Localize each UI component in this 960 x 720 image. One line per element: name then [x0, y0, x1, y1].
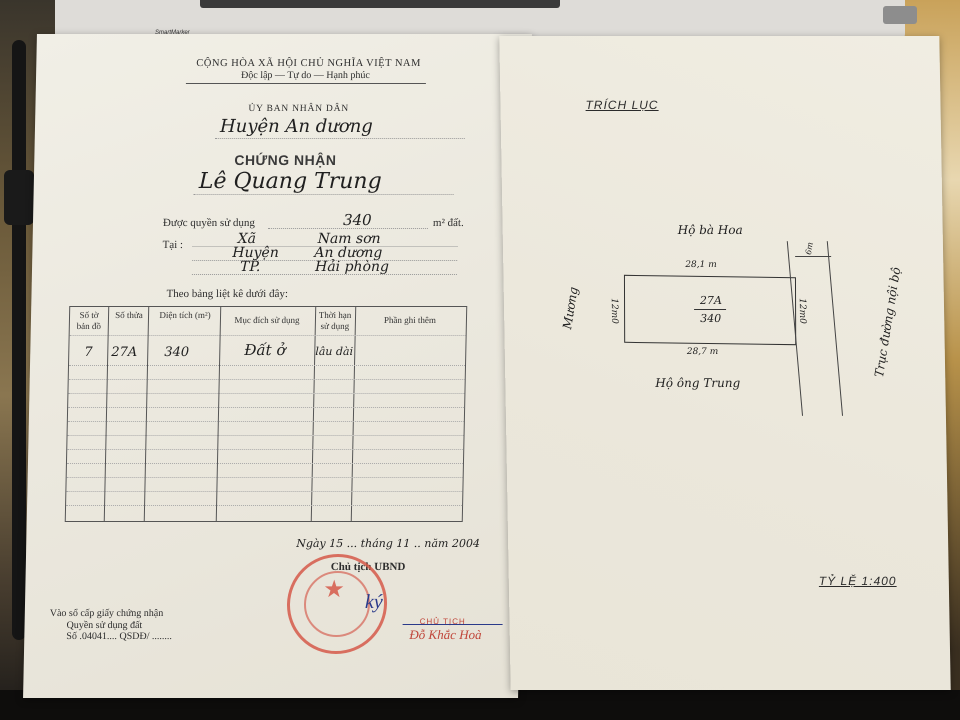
extract-title: TRÍCH LỤC: [585, 98, 658, 112]
motto: Độc lập — Tự do — Hạnh phúc: [241, 70, 370, 81]
row-rule: [68, 421, 464, 422]
registration-number: Số .04041.... QSDĐ/ ........: [66, 631, 172, 642]
cell-term: lâu dài: [315, 345, 353, 358]
row-rule: [68, 435, 464, 436]
holder-rule: [194, 194, 454, 195]
row-rule: [68, 407, 464, 408]
address-city: Hải phòng: [315, 259, 389, 275]
header-rule: [186, 83, 426, 84]
road-width-arrow: [795, 256, 831, 257]
header-notes: Phần ghi thêm: [360, 315, 460, 326]
header-parcel: Số thửa: [112, 310, 146, 321]
parcel-outline: [624, 275, 796, 345]
header-rule: [70, 335, 466, 336]
cell-map-sheet: 7: [84, 345, 93, 360]
scale-label: TỶ LỆ 1:400: [819, 574, 897, 588]
north-neighbor: Hộ bà Hoa: [678, 223, 743, 237]
registration-line-1: Vào sổ cấp giấy chứng nhận: [50, 608, 164, 619]
cell-parcel: 27A: [111, 345, 137, 360]
address-rule: [192, 274, 457, 275]
parcel-fraction-rule: [694, 309, 726, 310]
signature: ký: [365, 591, 383, 614]
location-label: Tại :: [162, 239, 183, 251]
issue-date: Ngày 15 ... tháng 11 .. năm 2004: [296, 537, 480, 550]
committee-label: ỦY BAN NHÂN DÂN: [248, 104, 349, 114]
extract-page: TRÍCH LỤC Hộ bà Hoa 28,1 m 12m0 12m0 27A…: [499, 36, 950, 690]
cell-purpose: Đất ở: [244, 341, 286, 359]
header-term: Thời hạn sử dụng: [317, 310, 353, 332]
row-rule: [66, 505, 462, 506]
west-neighbor: Mương: [560, 286, 581, 330]
row-rule: [68, 393, 464, 394]
signer-name: Đỗ Khắc Hoà: [409, 627, 482, 643]
road-edge: [827, 241, 843, 416]
cable: [12, 40, 26, 640]
laptop-hinge: [200, 0, 560, 8]
parcel-area: 340: [700, 312, 721, 325]
signature-rule: [403, 624, 503, 625]
land-table: Số tờ bản đồ Số thửa Diện tích (m²) Mục …: [65, 306, 468, 522]
usage-value: 340: [343, 211, 372, 229]
cell-area: 340: [164, 345, 189, 360]
usage-unit: m² đất.: [433, 217, 464, 229]
header-purpose: Mục đích sử dụng: [222, 315, 312, 326]
left-length: 12m0: [609, 298, 619, 324]
parcel-number: 27A: [700, 294, 722, 307]
column-divider: [216, 307, 221, 521]
district-rule: [215, 138, 465, 139]
address-city-prefix: TP.: [240, 259, 261, 275]
district-name: Huyện An dương: [220, 116, 455, 137]
column-divider: [351, 307, 356, 521]
top-length: 28,1 m: [685, 260, 717, 270]
laptop-badge-icon: [883, 6, 917, 24]
column-divider: [311, 307, 316, 521]
row-rule: [66, 491, 462, 492]
column-divider: [144, 307, 149, 521]
holder-name: Lê Quang Trung: [199, 169, 382, 194]
certificate-page: CỘNG HÒA XÃ HỘI CHỦ NGHĨA VIỆT NAM Độc l…: [23, 34, 532, 698]
bottom-length: 28,7 m: [687, 347, 719, 357]
right-length: 12m0: [797, 298, 807, 324]
road-width: 6m: [804, 241, 815, 255]
header-area: Diện tích (m²): [154, 310, 216, 321]
cable-ferrite: [4, 170, 34, 225]
registration-line-2: Quyền sử dụng đất: [66, 620, 142, 631]
south-neighbor: Hộ ông Trung: [655, 376, 740, 390]
column-divider: [104, 307, 109, 521]
header-map-sheet: Số tờ bản đồ: [72, 310, 106, 332]
row-rule: [67, 463, 463, 464]
certificate-title: CHỨNG NHẬN: [234, 152, 337, 168]
star-icon: ★: [323, 575, 345, 604]
row-rule: [69, 365, 465, 366]
nation-header: CỘNG HÒA XÃ HỘI CHỦ NGHĨA VIỆT NAM: [196, 58, 421, 69]
usage-label: Được quyền sử dụng: [163, 217, 255, 229]
road-label: Trục đường nội bộ: [872, 248, 906, 378]
row-rule: [69, 379, 465, 380]
row-rule: [67, 449, 463, 450]
list-label: Theo bảng liệt kê dưới đây:: [166, 288, 288, 300]
row-rule: [67, 477, 463, 478]
